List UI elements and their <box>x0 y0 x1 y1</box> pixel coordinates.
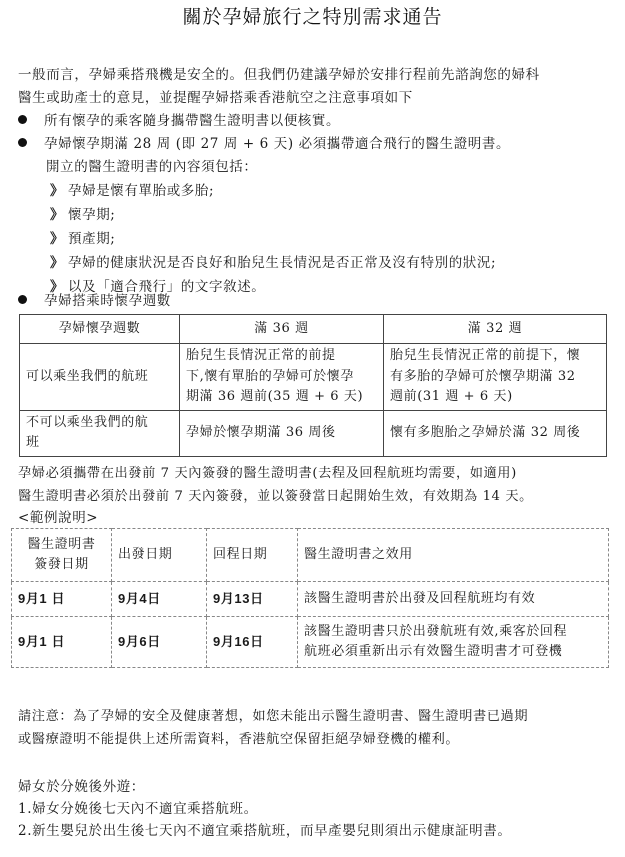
cell-line: 下,懷有單胎的孕婦可於懷孕 <box>186 367 377 388</box>
validity-line-2: 醫生證明書必須於出發前 7 天內簽發，並以簽發當日起開始生效，有效期為 14 天… <box>18 485 533 508</box>
arrow-icon: 》 <box>50 228 68 252</box>
issue-date-cell: 9月1 日 <box>12 582 112 617</box>
depart-date-cell: 9月6日 <box>112 617 207 668</box>
arrow-icon: 》 <box>50 252 68 276</box>
table-cell: 懷有多胞胎之孕婦於滿 32 周後 <box>384 410 607 456</box>
certificate-item-text: 孕婦的健康狀況是否良好和胎兒生長情況是否正常及沒有特別的狀況; <box>68 255 496 271</box>
table-cell-label: 可以乘坐我們的航班 <box>20 344 180 411</box>
table-header-cell: 孕婦懷孕週數 <box>20 315 180 344</box>
cell-line: 航班必須重新出示有效醫生證明書才可登機 <box>304 642 602 662</box>
table-header-cell: 出發日期 <box>112 529 207 582</box>
table-cell: 胎兒生長情況正常的前提下，懷 有多胎的孕婦可於懷孕期滿 32 週前(31 週 +… <box>384 344 607 411</box>
bullet-item: 孕婦懷孕期滿 28 周 (即 27 周 + 6 天) 必須攜帶適合飛行的醫生證明… <box>18 133 510 156</box>
table-header-cell: 醫生證明書 簽發日期 <box>12 529 112 582</box>
bullet-text: 孕婦搭乘時懷孕週數 <box>44 293 171 309</box>
table-header-cell: 回程日期 <box>207 529 298 582</box>
certificate-item: 》孕婦的健康狀況是否良好和胎兒生長情況是否正常及沒有特別的狀況; <box>50 252 496 276</box>
return-date-cell: 9月16日 <box>207 617 298 668</box>
notice-line-1: 請注意：為了孕婦的安全及健康著想，如您未能出示醫生證明書、醫生證明書已過期 <box>18 705 528 728</box>
table-header-cell: 滿 36 週 <box>180 315 384 344</box>
intro-line-2: 醫生或助產士的意見，並提醒孕婦搭乘香港航空之注意事項如下 <box>18 87 413 110</box>
cell-line: 不可以乘坐我們的航 <box>26 413 173 434</box>
cell-line: 胎兒生長情況正常的前提 <box>186 346 377 367</box>
notice-line-2: 或醫療證明不能提供上述所需資料，香港航空保留拒絕孕婦登機的權利。 <box>18 728 459 751</box>
effect-cell: 該醫生證明書於出發及回程航班均有效 <box>298 582 609 617</box>
cell-line: 該醫生證明書只於出發航班有效,乘客於回程 <box>304 622 602 642</box>
cell-line: 有多胎的孕婦可於懷孕期滿 32 <box>390 367 600 388</box>
cell-line: 週前(31 週 + 6 天) <box>390 387 600 408</box>
arrow-icon: 》 <box>50 180 68 204</box>
example-table: 醫生證明書 簽發日期 出發日期 回程日期 醫生證明書之效用 9月1 日 9月4日… <box>11 528 609 668</box>
table-cell: 胎兒生長情況正常的前提 下,懷有單胎的孕婦可於懷孕 期滿 36 週前(35 週 … <box>180 344 384 411</box>
bullet-icon <box>18 115 27 124</box>
certificate-item: 》懷孕期; <box>50 204 115 228</box>
certificate-contents-heading: 開立的醫生證明書的內容須包括： <box>46 156 258 179</box>
table-row: 不可以乘坐我們的航 班 孕婦於懷孕期滿 36 周後 懷有多胞胎之孕婦於滿 32 … <box>20 410 607 456</box>
certificate-item: 》預產期; <box>50 228 115 252</box>
depart-date-cell: 9月4日 <box>112 582 207 617</box>
table-header-cell: 滿 32 週 <box>384 315 607 344</box>
bullet-icon <box>18 295 27 304</box>
certificate-item-text: 孕婦是懷有單胎或多胎; <box>68 183 214 199</box>
issue-date-cell: 9月1 日 <box>12 617 112 668</box>
arrow-icon: 》 <box>50 204 68 228</box>
pregnancy-weeks-table: 孕婦懷孕週數 滿 36 週 滿 32 週 可以乘坐我們的航班 胎兒生長情況正常的… <box>19 314 607 457</box>
example-label: <範例說明> <box>18 507 98 530</box>
table-row: 9月1 日 9月6日 9月16日 該醫生證明書只於出發航班有效,乘客於回程 航班… <box>12 617 609 668</box>
bullet-text: 孕婦懷孕期滿 28 周 (即 27 周 + 6 天) 必須攜帶適合飛行的醫生證明… <box>44 136 510 152</box>
effect-cell: 該醫生證明書只於出發航班有效,乘客於回程 航班必須重新出示有效醫生證明書才可登機 <box>298 617 609 668</box>
table-cell-label: 不可以乘坐我們的航 班 <box>20 410 180 456</box>
certificate-item-text: 懷孕期; <box>68 207 115 223</box>
bullet-item: 所有懷孕的乘客隨身攜帶醫生證明書以便核實。 <box>18 110 340 133</box>
table-header-cell: 醫生證明書之效用 <box>298 529 609 582</box>
cell-line: 醫生證明書 <box>18 535 105 555</box>
validity-line-1: 孕婦必須攜帶在出發前 7 天內簽發的醫生證明書(去程及回程航班均需要，如適用) <box>18 462 517 485</box>
table-header-row: 孕婦懷孕週數 滿 36 週 滿 32 週 <box>20 315 607 344</box>
certificate-item-text: 預產期; <box>68 231 115 247</box>
bullet-icon <box>18 138 27 147</box>
table-cell: 孕婦於懷孕期滿 36 周後 <box>180 410 384 456</box>
certificate-item: 》孕婦是懷有單胎或多胎; <box>50 180 214 204</box>
postpartum-heading: 婦女於分娩後外遊： <box>18 776 145 799</box>
cell-line: 班 <box>26 433 173 454</box>
weeks-section-heading: 孕婦搭乘時懷孕週數 <box>18 290 171 313</box>
page-title: 關於孕婦旅行之特別需求通告 <box>0 2 625 29</box>
cell-line: 胎兒生長情況正常的前提下，懷 <box>390 346 600 367</box>
return-date-cell: 9月13日 <box>207 582 298 617</box>
postpartum-item: 2.新生嬰兒於出生後七天內不適宜乘搭航班，而早產嬰兒則須出示健康証明書。 <box>18 820 511 843</box>
table-row: 9月1 日 9月4日 9月13日 該醫生證明書於出發及回程航班均有效 <box>12 582 609 617</box>
table-row: 可以乘坐我們的航班 胎兒生長情況正常的前提 下,懷有單胎的孕婦可於懷孕 期滿 3… <box>20 344 607 411</box>
cell-line: 簽發日期 <box>18 555 105 575</box>
cell-line: 期滿 36 週前(35 週 + 6 天) <box>186 387 377 408</box>
table-header-row: 醫生證明書 簽發日期 出發日期 回程日期 醫生證明書之效用 <box>12 529 609 582</box>
bullet-text: 所有懷孕的乘客隨身攜帶醫生證明書以便核實。 <box>44 113 340 129</box>
postpartum-item: 1.婦女分娩後七天內不適宜乘搭航班。 <box>18 798 258 821</box>
intro-line-1: 一般而言，孕婦乘搭飛機是安全的。但我們仍建議孕婦於安排行程前先諮詢您的婦科 <box>18 64 540 87</box>
